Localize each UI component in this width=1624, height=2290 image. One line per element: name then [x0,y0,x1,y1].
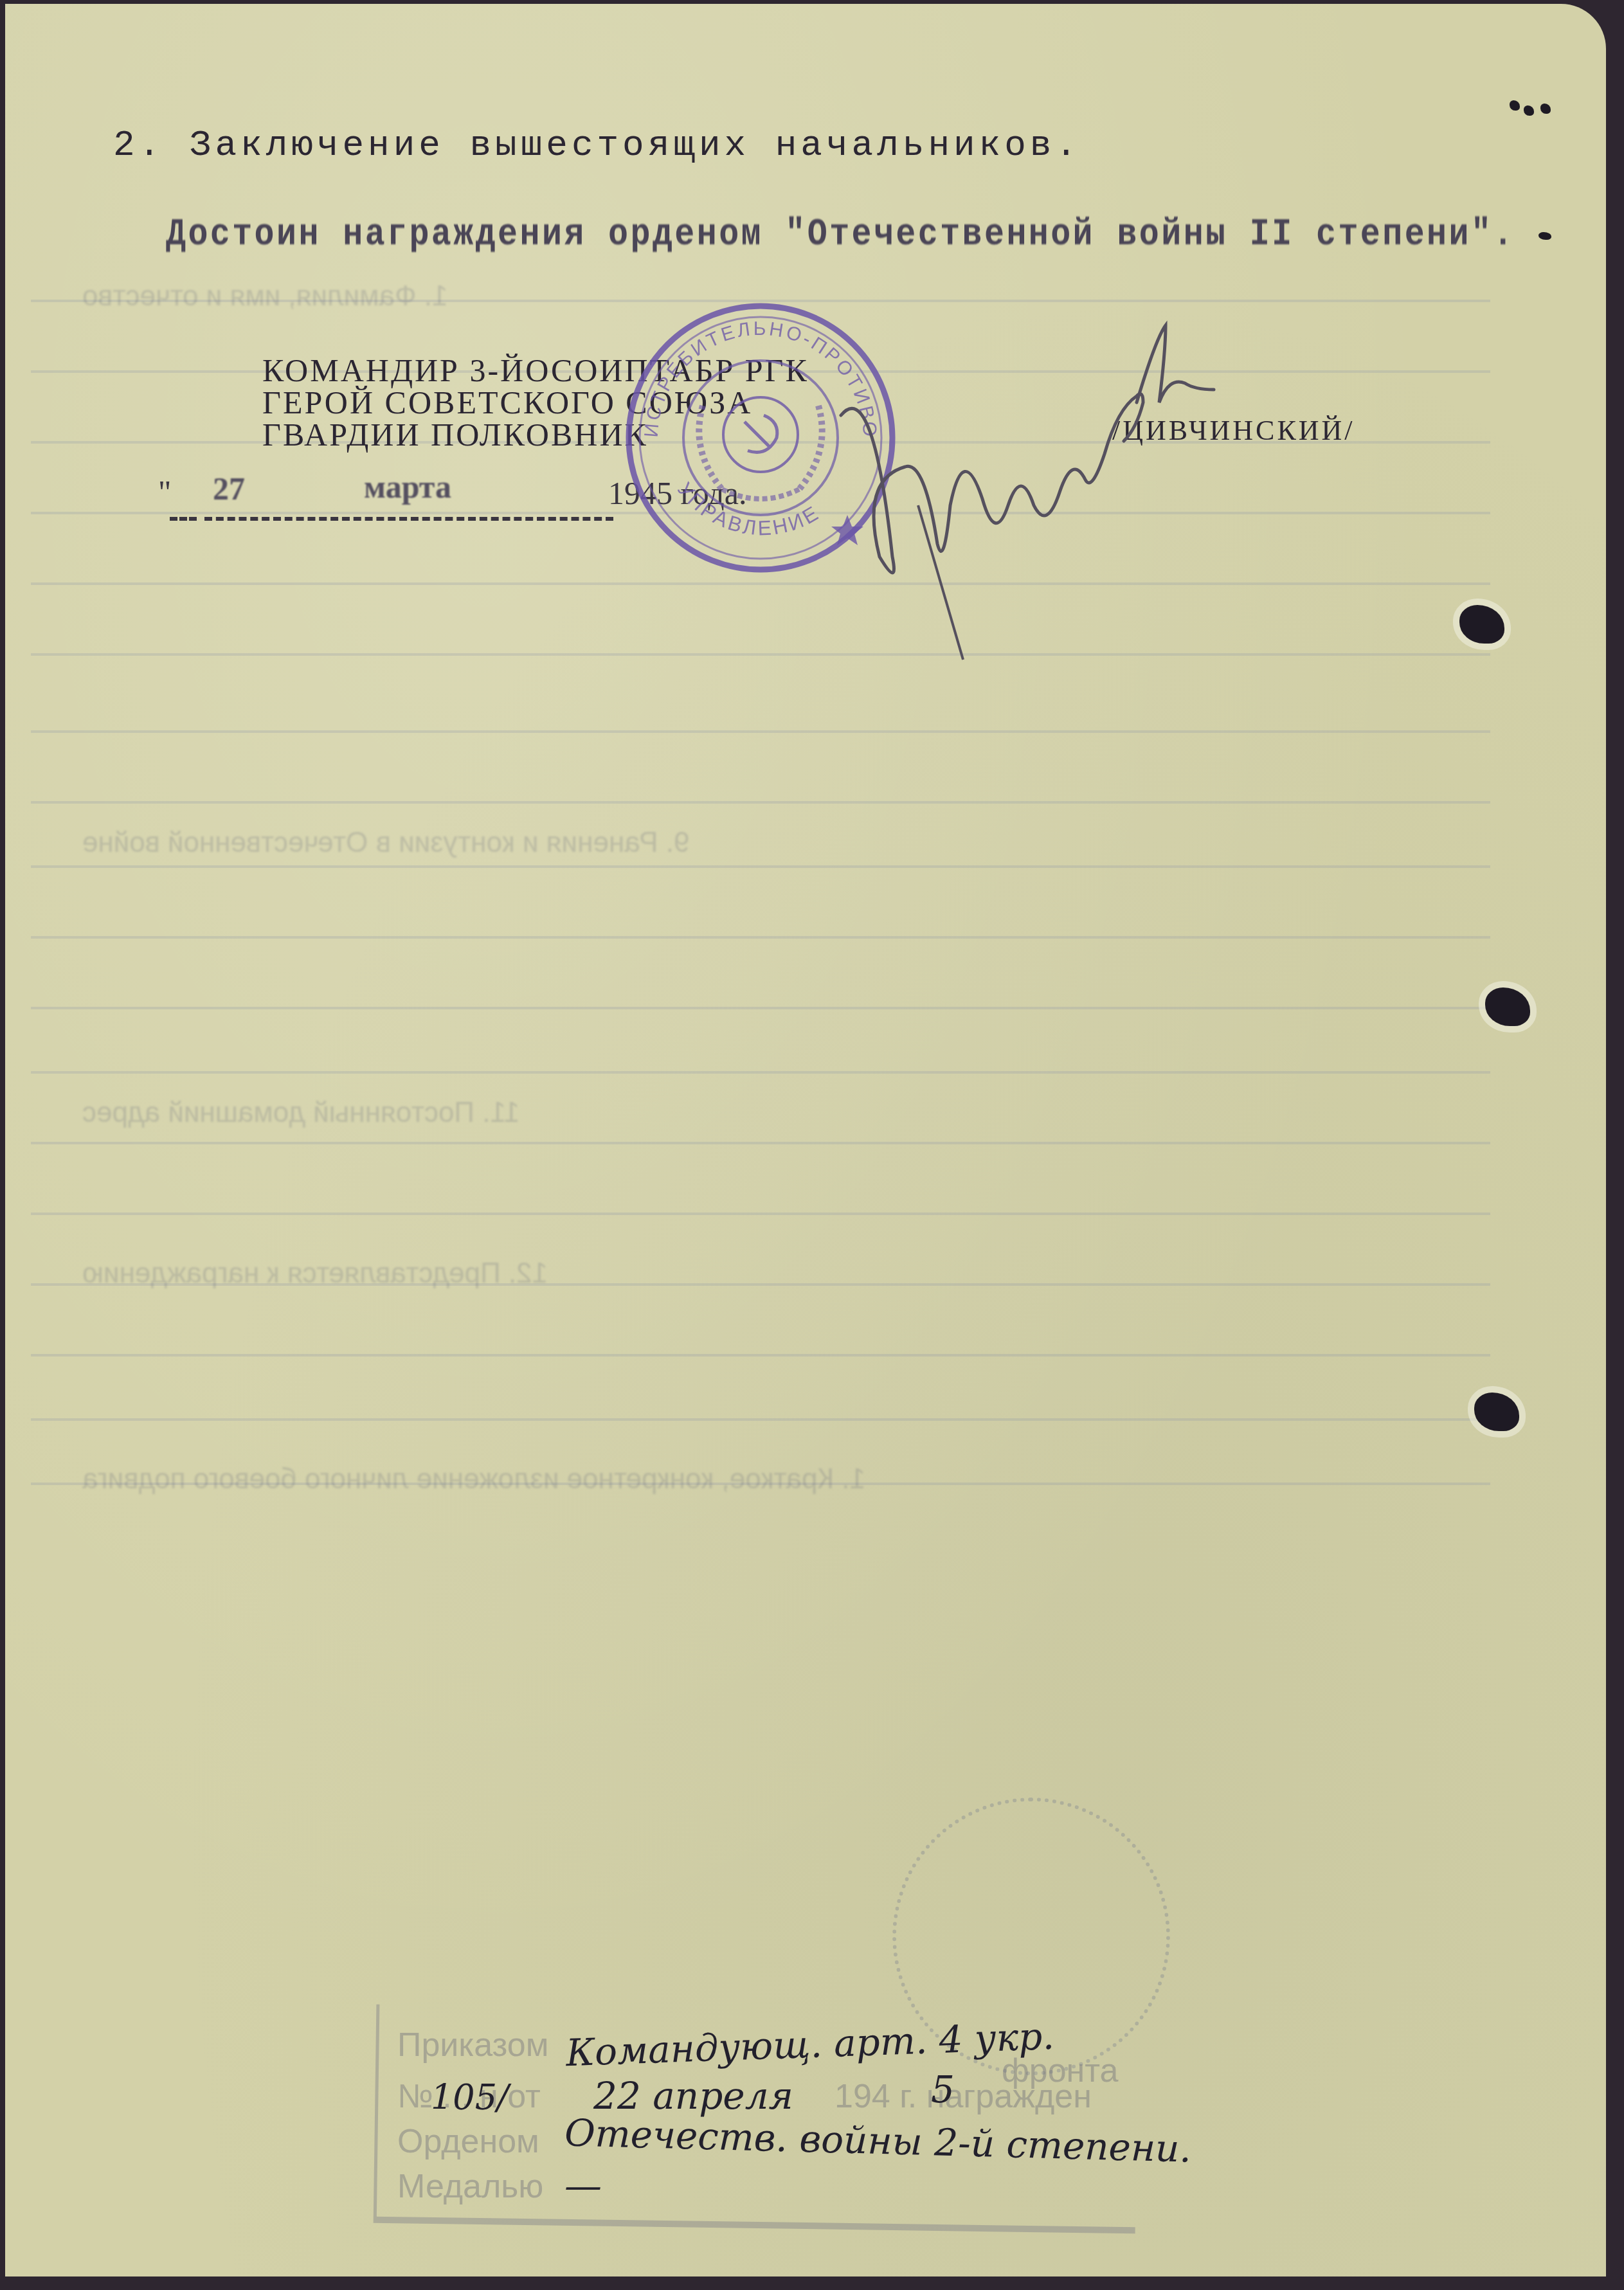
bleed-through-text: 1. Краткое, конкретное изложение личного… [82,1463,865,1495]
stamp-label-prikaz: Приказом [397,2026,549,2064]
handwritten-year-digit: 5 [931,2068,955,2111]
bleed-through-text: 11. Постоянный домашний адрес [82,1097,519,1129]
stamp-label-medal: Медалью [397,2167,543,2206]
paper-hole [1474,1393,1519,1431]
handwritten-order-number: 105/ [431,2077,509,2118]
ruled-line [31,801,1490,804]
bleed-through-text: 1. Фамилия, имя и отчество [82,280,447,312]
paper-hole [1538,232,1551,240]
month-underline [204,517,613,521]
handwritten-signature-icon [835,312,1297,672]
document-page: 2. Заключение вышестоящих начальников. Д… [5,4,1606,2276]
paper-hole [1459,605,1504,644]
day-underline [170,517,197,521]
date-month: марта [364,468,451,505]
ruled-line [31,1354,1490,1357]
ruled-line [31,1213,1490,1215]
stamp-label-order: Орденом [397,2122,539,2161]
ruled-line [31,865,1490,868]
ruled-line [31,730,1490,733]
handwritten-award-date: 22 апреля [593,2074,793,2118]
ruled-line [31,1142,1490,1144]
paper-hole [1540,104,1551,114]
date-open-quote: " [158,473,171,510]
paper-hole [1524,105,1534,116]
paper-hole [1485,987,1530,1026]
ruled-line [31,1418,1490,1421]
bleed-through-text: 9. Ранения и контузии в Отечественной во… [82,827,689,859]
award-conclusion: Достоин награждения орденом "Отечественн… [166,213,1515,257]
ruled-line [31,936,1490,939]
date-day: 27 [213,470,245,507]
ruled-line [31,1071,1490,1074]
section-heading: 2. Заключение вышестоящих начальников. [113,125,1081,166]
paper-hole [1510,100,1520,111]
stamp-label-year-awarded: 194 г. награжден [835,2077,1092,2116]
bleed-through-text: 12. Представляется к награждению [82,1258,548,1290]
handwritten-medal-dash: — [564,2164,602,2208]
ruled-line [31,1007,1490,1009]
